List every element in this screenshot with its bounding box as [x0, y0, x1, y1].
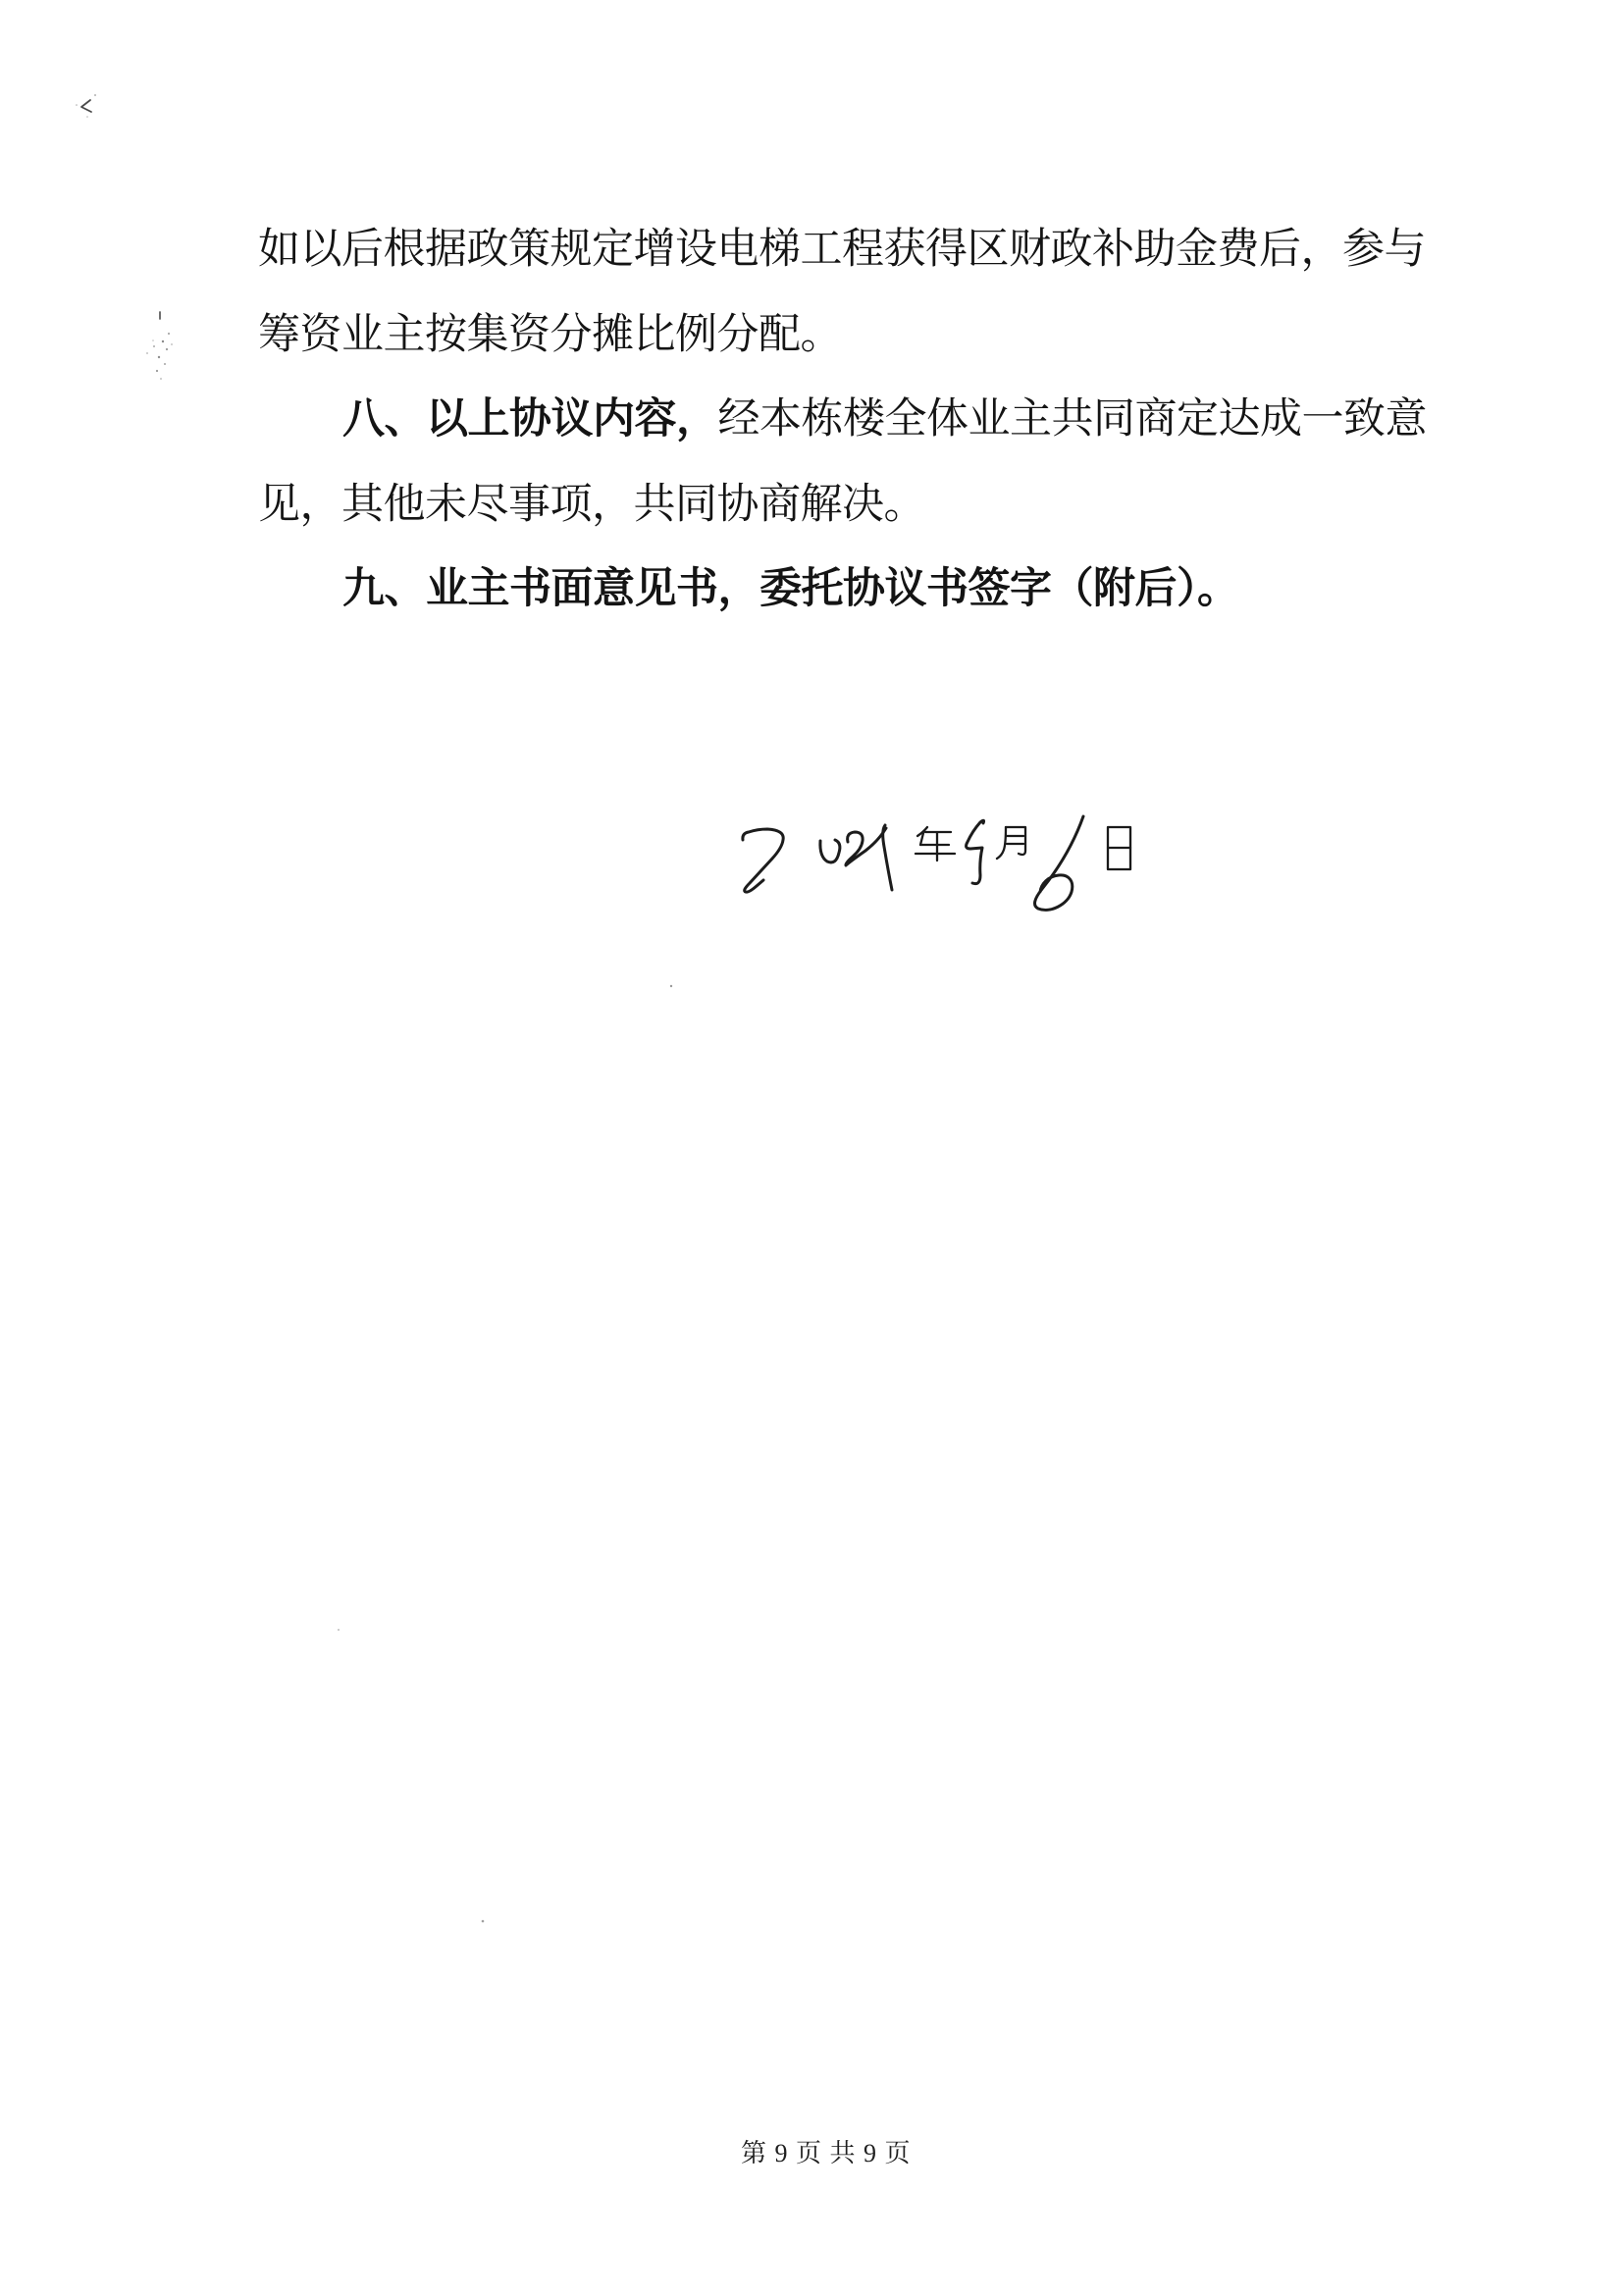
noise-dot-lower-center [482, 1920, 485, 1923]
clause-8-line-1: 八、以上协议内容，经本栋楼全体业主共同商定达成一致意 [258, 378, 1411, 463]
handwritten-digit-4 [967, 820, 984, 883]
scanned-document-page: 如以后根据政策规定增设电梯工程获得区财政补助金费后，参与 筹资业主按集资分摊比例… [0, 0, 1623, 2296]
clause-8-body-text: 经本栋楼全体业主共同商定达成一致意 [718, 396, 1428, 443]
clause-8-line-2: 见，其他未尽事项，共同协商解决。 [258, 463, 1411, 548]
page-number-footer: 第 9 页 共 9 页 [741, 2137, 912, 2170]
handwritten-digit-0 [820, 840, 840, 862]
handwritten-digit-2-small [846, 828, 886, 865]
clause-9-heading: 九、业主书面意见书，委托协议书签字（附后）。 [342, 566, 1239, 612]
year-character [916, 827, 955, 861]
noise-dot-mid-right [670, 985, 672, 987]
handwritten-digit-2-large [743, 829, 783, 892]
handwritten-digit-6 [1035, 816, 1083, 910]
day-character [1108, 827, 1130, 869]
clause-8-heading: 八、以上协议内容， [342, 396, 718, 443]
month-character [997, 827, 1025, 859]
noise-squiggle-top-left [76, 94, 96, 118]
handwritten-date-strokes [738, 803, 1150, 918]
handwritten-digit-1 [883, 825, 892, 890]
paragraph-subsidy-line-2: 筹资业主按集资分摊比例分配。 [258, 293, 1411, 379]
paragraph-subsidy-line-1: 如以后根据政策规定增设电梯工程获得区财政补助金费后，参与 [258, 208, 1411, 293]
clause-9-line: 九、业主书面意见书，委托协议书签字（附后）。 [258, 548, 1411, 633]
noise-dot-mid-left [338, 1629, 340, 1631]
noise-speck-cluster-left-margin [146, 312, 173, 380]
document-body: 如以后根据政策规定增设电梯工程获得区财政补助金费后，参与 筹资业主按集资分摊比例… [258, 208, 1411, 633]
handwritten-date: 2021年4月6日 [738, 803, 1150, 918]
